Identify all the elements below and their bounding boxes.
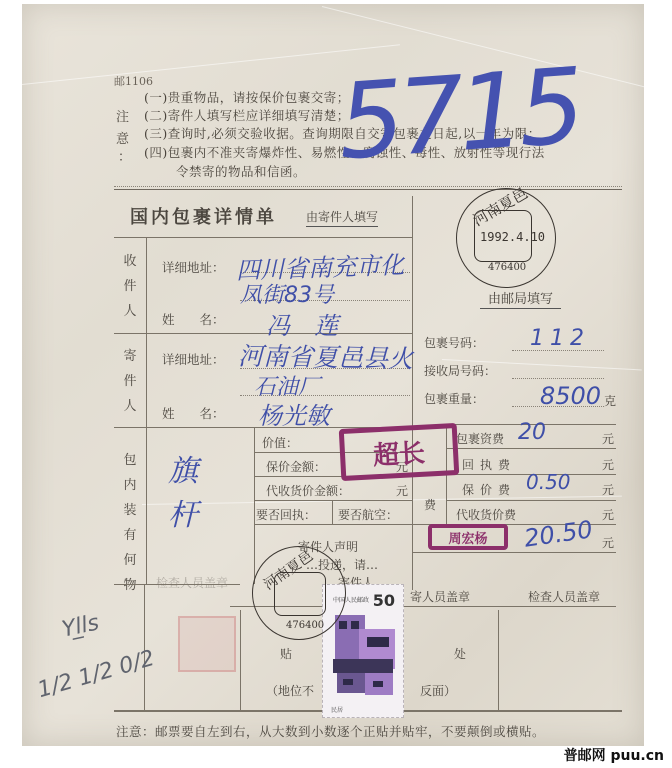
grid-divider: [240, 610, 241, 710]
unit-yuan: 元: [396, 482, 408, 499]
handler-seal-label: 寄人员盖章: [410, 588, 470, 605]
label-char: 人: [122, 394, 138, 419]
recipient-name-label: 姓 名：: [162, 310, 225, 328]
grid-divider: [114, 333, 412, 334]
contents-items: 旗杆: [168, 450, 200, 538]
post-office-fill-label: 由邮局填写: [480, 288, 561, 309]
fee-value: 0.50: [526, 470, 571, 494]
sender-name: 杨光敏: [258, 396, 330, 431]
handwritten-top-number: 5715: [335, 54, 582, 175]
label-char: 何: [122, 548, 138, 573]
postmark-date: 1992.4.10: [480, 230, 545, 244]
parcel-number-label: 包裹号码：: [424, 334, 484, 351]
label-char: 件: [122, 369, 138, 394]
weight-label: 包裹重量：: [424, 390, 484, 407]
postmark-code: 476400: [488, 262, 526, 273]
label-char: 收: [122, 249, 138, 274]
sender-address-label: 详细地址：: [162, 350, 225, 368]
stamp-note-left: （地位不: [266, 682, 314, 699]
cod-amount-label: 代收货价金额：: [266, 482, 350, 499]
parcel-number: 112: [530, 326, 590, 351]
airmail-label: 要否航空：: [338, 506, 398, 523]
fee-unit: 元: [602, 430, 614, 447]
label-char: 内: [122, 473, 138, 498]
faded-inspector-label: 检查人员盖章: [156, 574, 228, 591]
value-label: 价值：: [262, 434, 298, 451]
label-char: 寄: [122, 344, 138, 369]
grid-divider: [254, 524, 412, 525]
label-char: 件: [122, 274, 138, 299]
grid-divider: [412, 552, 616, 553]
fee-value: 20: [518, 420, 546, 445]
dotted-rule: [512, 378, 604, 379]
fee-unit: 元: [602, 456, 614, 473]
header-divider: [114, 186, 622, 190]
label-char: 有: [122, 523, 138, 548]
grid-divider: [254, 500, 412, 501]
grid-divider: [498, 610, 499, 710]
label-char: 包: [122, 448, 138, 473]
form-subtitle: 由寄件人填写: [306, 208, 378, 227]
footer-note: 注意：邮票要自左到右，从大数到小数逐个正贴并贴牢，不要颠倒或横贴。: [116, 722, 545, 740]
grid-divider: [254, 427, 255, 584]
weight-unit: 克: [604, 392, 616, 409]
postmark-code: 476400: [286, 620, 324, 631]
sender-name-label: 姓 名：: [162, 404, 225, 422]
recipient-section-label: 收 件 人: [122, 249, 138, 324]
notice-item: (一)贵重物品，请按保价包裹交寄；: [144, 88, 350, 106]
grid-divider: [332, 500, 333, 524]
stamp-denomination: 50: [373, 591, 395, 610]
fee-unit: 元: [602, 481, 614, 498]
fee-label: 回执费: [462, 456, 516, 473]
house-illustration-icon: [329, 611, 399, 707]
grid-divider: [412, 196, 413, 590]
contents-section-label: 包 内 装 有 何 物: [122, 448, 138, 598]
recipient-address-label: 详细地址：: [162, 258, 225, 276]
grid-divider: [446, 448, 616, 449]
form-number: 邮1106: [114, 73, 153, 89]
stamp-caption: 民居: [331, 705, 343, 714]
weight-value: 8500: [540, 382, 601, 410]
total-unit: 元: [602, 534, 614, 551]
recipient-address-line2: 凤街83号: [240, 278, 334, 309]
notice-item: (二)寄件人填写栏应详细填写清楚；: [144, 106, 350, 124]
fee-unit: 元: [602, 506, 614, 523]
sender-section-label: 寄 件 人: [122, 344, 138, 419]
grid-divider: [446, 500, 616, 501]
label-char: 装: [122, 498, 138, 523]
notice-item: 令禁寄的物品和信函。: [176, 162, 306, 180]
form-title: 国内包裹详情单: [130, 203, 277, 229]
label-char: 物: [122, 573, 138, 598]
faded-red-chop: [178, 616, 236, 672]
stamp-paste-label: 贴: [280, 645, 292, 662]
handler-chop: 周宏杨: [428, 524, 508, 550]
fee-label: 保价费: [462, 481, 516, 498]
insured-amount-label: 保价金额：: [266, 458, 326, 475]
grid-divider: [114, 584, 240, 585]
fee-label: 代收货价费: [456, 506, 516, 523]
label-char: 人: [122, 299, 138, 324]
main-chop: 超长: [339, 423, 460, 481]
return-receipt-label: 要否回执：: [256, 506, 316, 523]
notice-label-char: 意: [116, 128, 129, 147]
grid-divider: [114, 237, 412, 238]
inspector-seal-label: 检查人员盖章: [528, 588, 600, 605]
receiving-office-label: 接收局号码：: [424, 362, 496, 379]
notice-label-char: 注: [116, 106, 129, 125]
stamp-place-label: 处: [454, 645, 466, 662]
fees-side-label: 费: [424, 496, 436, 513]
recipient-name: 冯 莲: [266, 306, 338, 341]
fee-label: 包裹资费: [456, 430, 504, 447]
stamp-note-right: 反面）: [420, 682, 456, 699]
grid-divider: [146, 237, 147, 584]
notice-label-char: ：: [118, 146, 131, 165]
watermark: 普邮网 puu.cn: [564, 745, 664, 765]
